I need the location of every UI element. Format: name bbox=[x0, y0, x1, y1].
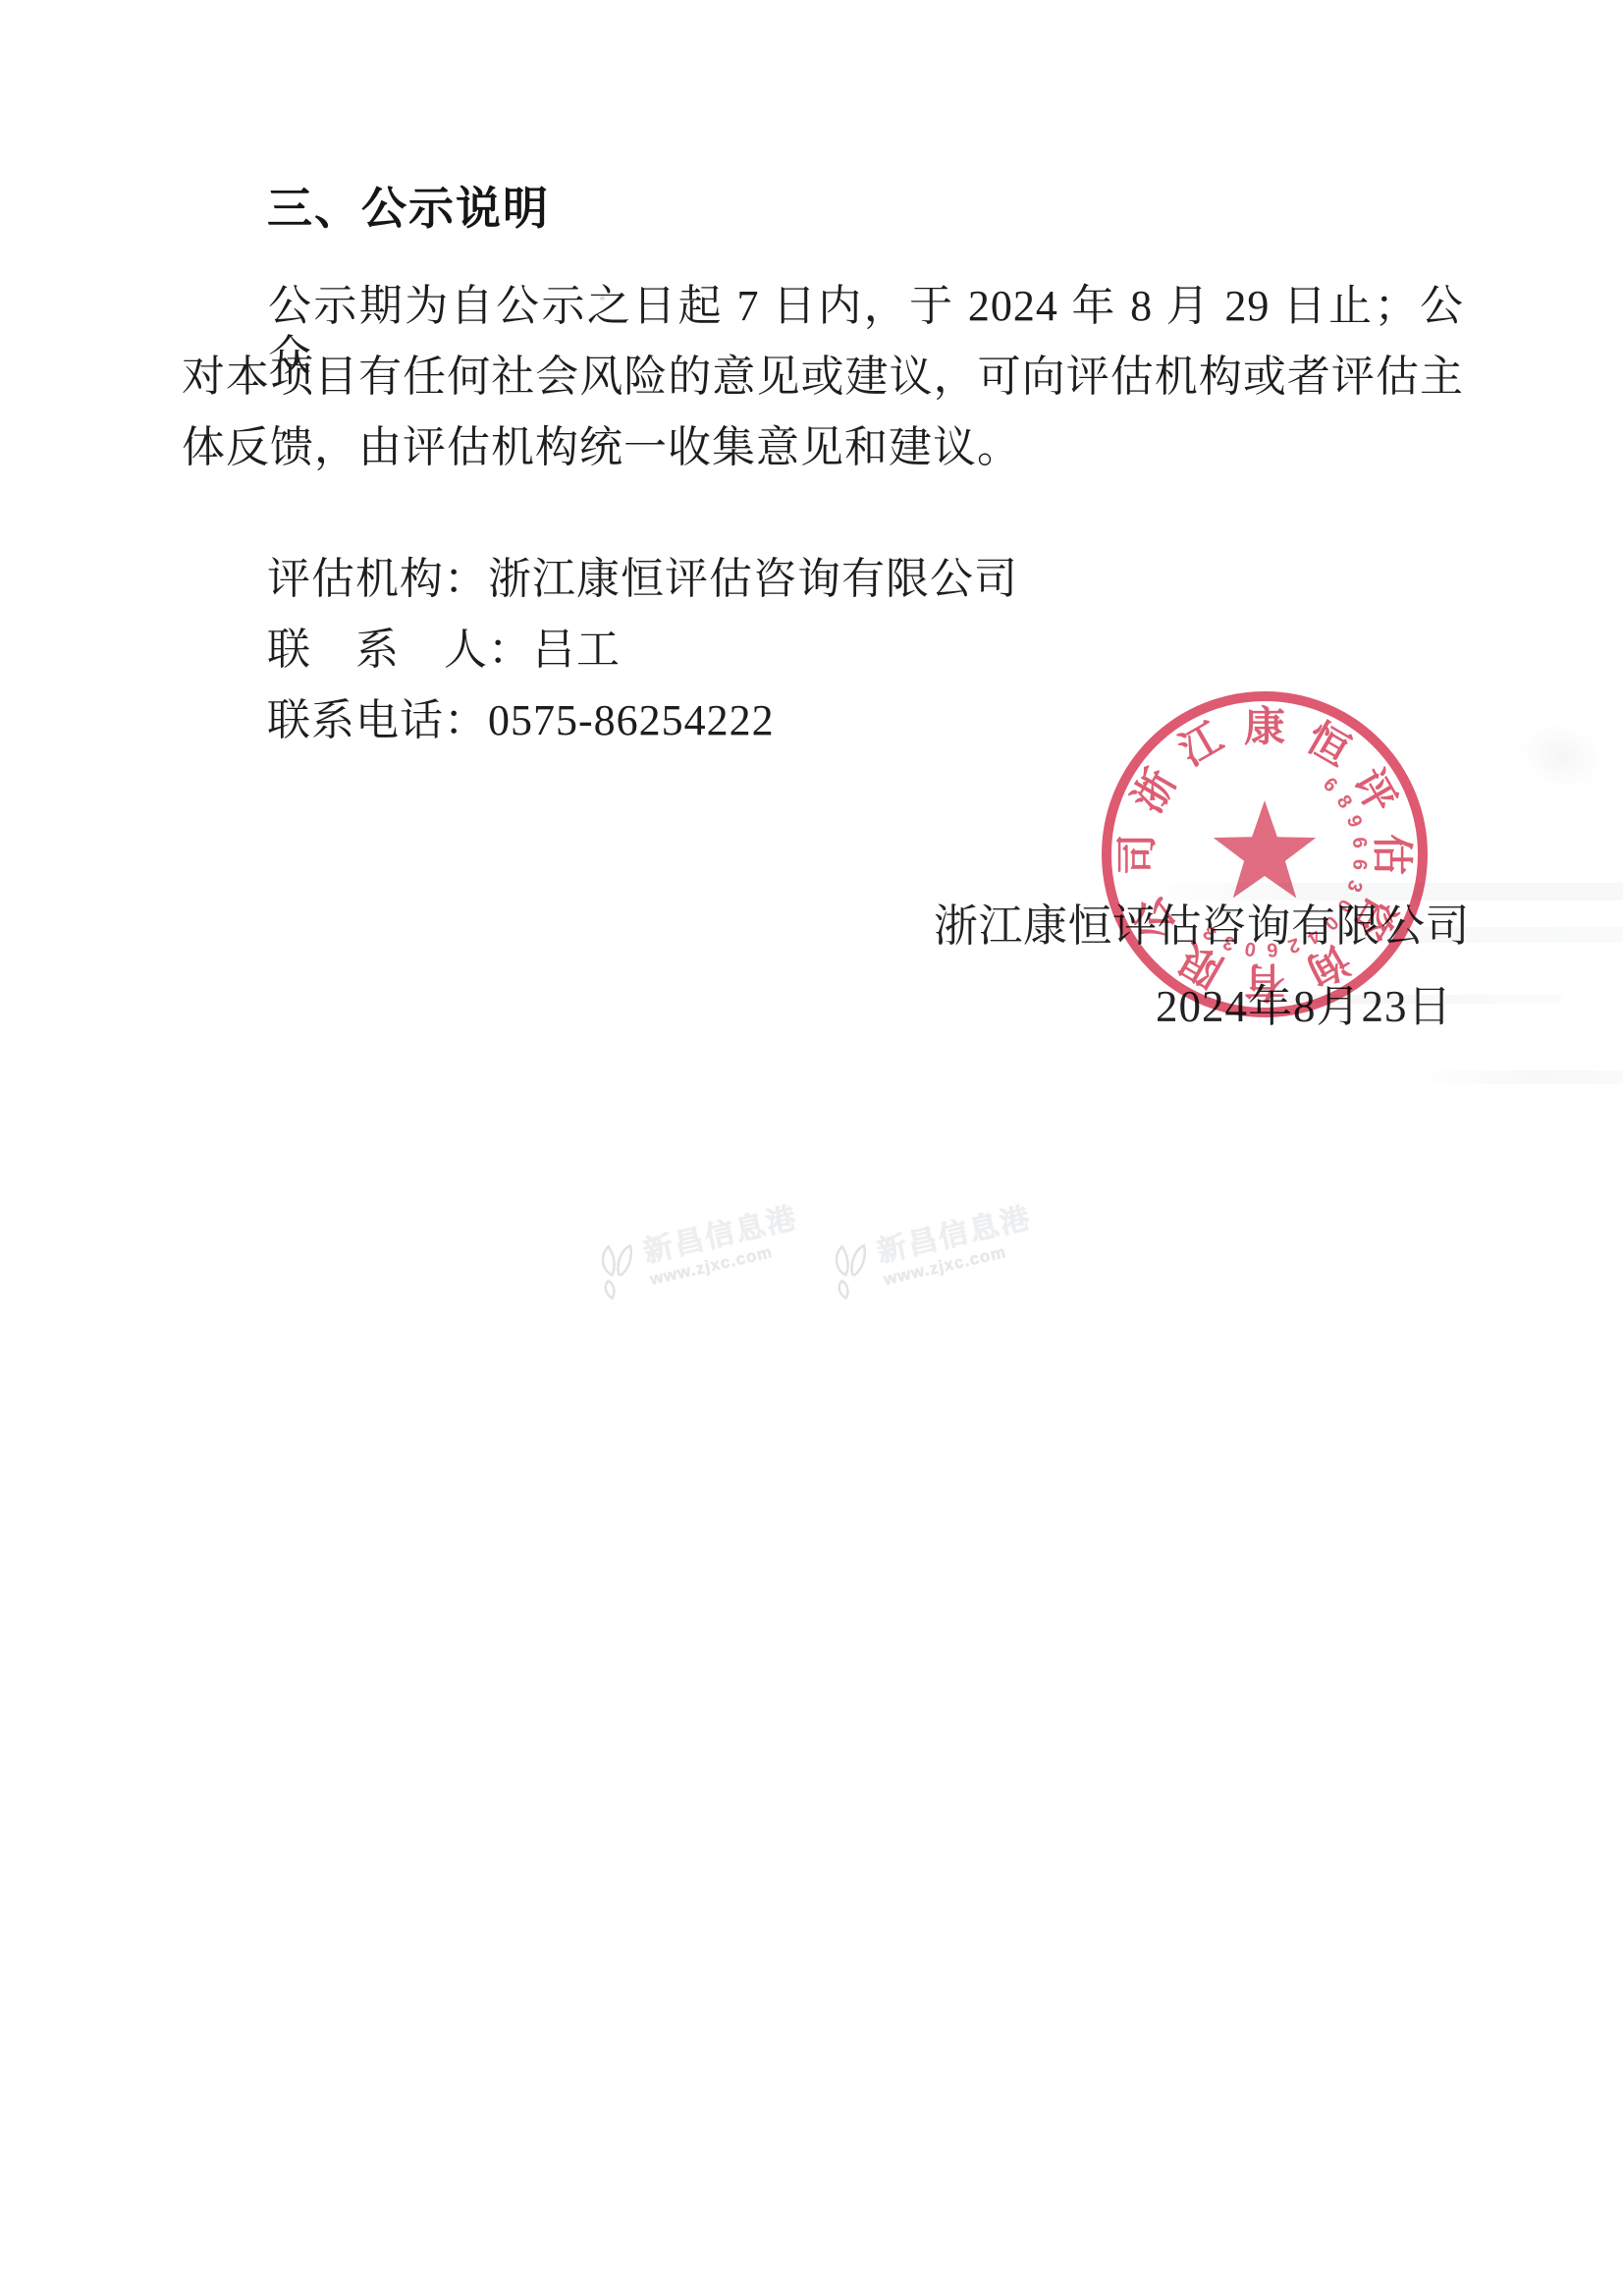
watermark-leaf-icon bbox=[824, 1235, 878, 1304]
svg-text:8: 8 bbox=[1332, 792, 1356, 812]
svg-text:6: 6 bbox=[1266, 938, 1278, 960]
svg-text:康: 康 bbox=[1244, 704, 1285, 750]
watermark: 新昌信息港 www.zjxc.com bbox=[590, 1198, 807, 1304]
section-title: 三、公示说明 bbox=[267, 173, 550, 238]
watermark-url: www.zjxc.com bbox=[882, 1235, 1039, 1287]
scan-speck bbox=[600, 296, 605, 301]
scan-smudge bbox=[1508, 709, 1615, 804]
seal-graphics: 浙江康恒评估咨询有限公司33062400366986 bbox=[1107, 696, 1423, 1012]
svg-text:司: 司 bbox=[1114, 834, 1161, 875]
svg-text:6: 6 bbox=[1348, 836, 1371, 849]
svg-text:9: 9 bbox=[1342, 812, 1366, 830]
watermark-url: www.zjxc.com bbox=[648, 1235, 805, 1287]
contact-phone-line: 联系电话：0575-86254222 bbox=[267, 684, 775, 747]
svg-text:0: 0 bbox=[1243, 937, 1257, 959]
svg-text:0: 0 bbox=[1332, 896, 1357, 916]
svg-text:3: 3 bbox=[1199, 920, 1220, 944]
svg-text:0: 0 bbox=[1320, 911, 1342, 935]
watermark-leaf-icon bbox=[590, 1235, 644, 1304]
paragraph-line-3: 体反馈，由评估机构统一收集意见和建议。 bbox=[182, 423, 1021, 473]
paragraph-line-2: 对本项目有任何社会风险的意见或建议，可向评估机构或者评估主 bbox=[182, 353, 1464, 403]
scanned-document-page: { "page": {"width": 1653, "height": 2338… bbox=[0, 0, 1623, 2296]
svg-text:4: 4 bbox=[1303, 924, 1325, 949]
watermark-title: 新昌信息港 bbox=[641, 1203, 801, 1267]
contact-person-line: 联 系 人：吕工 bbox=[267, 614, 621, 677]
svg-text:估: 估 bbox=[1370, 834, 1416, 875]
watermark: 新昌信息港 www.zjxc.com bbox=[824, 1198, 1041, 1304]
svg-text:3: 3 bbox=[1220, 931, 1238, 956]
svg-text:3: 3 bbox=[1342, 877, 1366, 895]
watermark-title: 新昌信息港 bbox=[875, 1203, 1035, 1267]
svg-text:有: 有 bbox=[1244, 959, 1285, 1006]
svg-text:6: 6 bbox=[1319, 774, 1341, 797]
company-seal: 浙江康恒评估咨询有限公司33062400366986 bbox=[1096, 685, 1434, 1023]
scan-streak bbox=[1404, 1070, 1623, 1084]
contact-agency-line: 评估机构：浙江康恒评估咨询有限公司 bbox=[267, 543, 1018, 606]
svg-text:2: 2 bbox=[1285, 933, 1302, 957]
svg-text:6: 6 bbox=[1348, 858, 1371, 871]
document-page: 三、公示说明 公示期为自公示之日起 7 日内，于 2024 年 8 月 29 日… bbox=[0, 0, 1623, 2296]
